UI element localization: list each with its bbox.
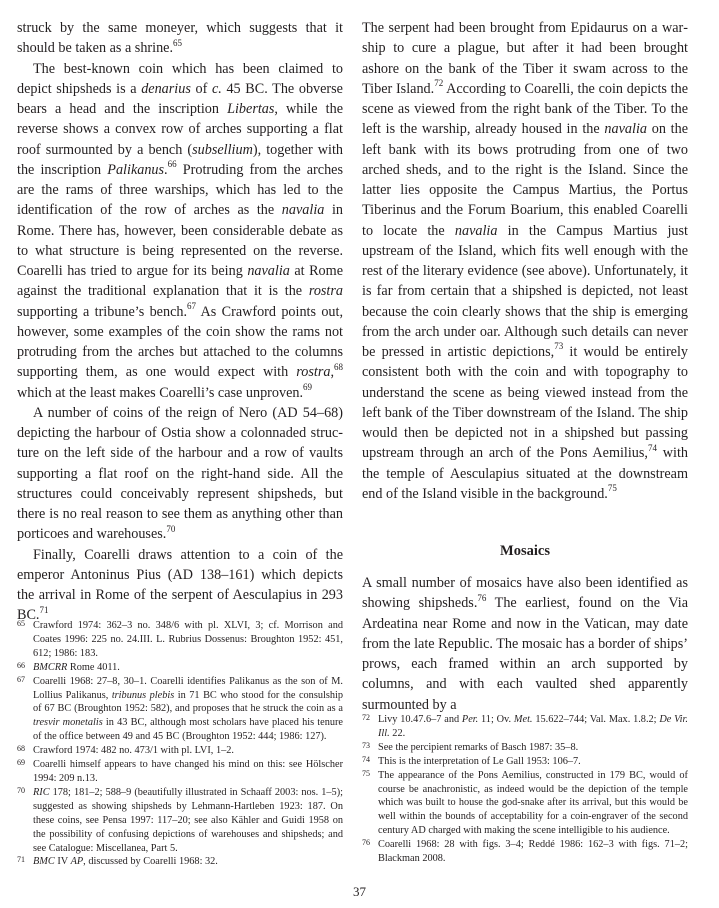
paragraph: Finally, Coarelli draws attention to a c… — [17, 545, 343, 626]
paragraph: struck by the same moneyer, which sugges… — [17, 18, 343, 59]
italic-text: Met. — [514, 714, 533, 725]
footnote-ref[interactable]: 69 — [303, 382, 312, 392]
right-column: The serpent had been brought from Epidau… — [362, 18, 688, 504]
footnote: 71BMC IV AP, discussed by Coarelli 1968:… — [17, 855, 343, 869]
italic-text: subsellium — [192, 142, 253, 158]
italic-text: tribunus plebis — [112, 690, 174, 701]
footnote-number: 66 — [17, 659, 25, 673]
left-body-text: struck by the same moneyer, which sugges… — [17, 18, 343, 626]
right-footnotes: 72Livy 10.47.6–7 and Per. 11; Ov. Met. 1… — [362, 713, 688, 866]
footnote: 76Coarelli 1968: 28 with figs. 3–4; Redd… — [362, 838, 688, 866]
left-column: struck by the same moneyer, which sugges… — [17, 18, 343, 626]
italic-text: navalia — [604, 121, 647, 137]
footnote-ref[interactable]: 67 — [187, 301, 196, 311]
footnote-number: 74 — [362, 753, 370, 767]
footnote: 69Coarelli himself appears to have chang… — [17, 758, 343, 786]
italic-text: AP — [71, 856, 84, 867]
right-body-text: The serpent had been brought from Epidau… — [362, 18, 688, 504]
footnote-ref[interactable]: 65 — [173, 38, 182, 48]
footnote-number: 70 — [17, 784, 25, 798]
italic-text: navalia — [282, 202, 325, 218]
footnote-number: 68 — [17, 742, 25, 756]
italic-text: navalia — [455, 223, 498, 239]
footnote: 72Livy 10.47.6–7 and Per. 11; Ov. Met. 1… — [362, 713, 688, 741]
footnote-number: 73 — [362, 739, 370, 753]
footnote-ref[interactable]: 75 — [608, 483, 617, 493]
footnote: 70RIC 178; 181–2; 588–9 (beautifully ill… — [17, 786, 343, 856]
page-number: 37 — [0, 884, 719, 900]
mosaics-body-text: A small number of mosaics have also been… — [362, 573, 688, 715]
paragraph: A number of coins of the reign of Nero (… — [17, 403, 343, 545]
italic-text: tresvir monetalis — [33, 717, 103, 728]
paragraph: The best-known coin which has been claim… — [17, 59, 343, 403]
italic-text: BMCRR — [33, 662, 67, 673]
footnote-number: 75 — [362, 767, 370, 781]
footnote-number: 71 — [17, 853, 25, 867]
italic-text: rostra — [296, 364, 330, 380]
italic-text: Per. — [462, 714, 478, 725]
footnote-ref[interactable]: 73 — [554, 341, 563, 351]
left-footnotes: 65Crawford 1974: 362–3 no. 348/6 with pl… — [17, 619, 343, 869]
italic-text: c. — [212, 81, 222, 97]
footnote: 75The appearance of the Pons Aemilius, c… — [362, 769, 688, 839]
footnote-ref[interactable]: 74 — [648, 443, 657, 453]
italic-text: RIC — [33, 787, 50, 798]
paragraph: A small number of mosaics have also been… — [362, 573, 688, 715]
footnote-ref[interactable]: 70 — [166, 524, 175, 534]
italic-text: De Vir. Ill. — [378, 714, 688, 739]
footnote-ref[interactable]: 66 — [168, 159, 177, 169]
footnote-number: 65 — [17, 617, 25, 631]
footnote-ref[interactable]: 76 — [477, 593, 486, 603]
footnote-number: 69 — [17, 756, 25, 770]
italic-text: rostra — [309, 283, 343, 299]
footnote: 68Crawford 1974: 482 no. 473/1 with pl. … — [17, 744, 343, 758]
footnote: 65Crawford 1974: 362–3 no. 348/6 with pl… — [17, 619, 343, 661]
footnote-number: 67 — [17, 673, 25, 687]
footnote-ref[interactable]: 72 — [434, 78, 443, 88]
footnote-number: 72 — [362, 711, 370, 725]
mosaics-section: Mosaics A small number of mosaics have a… — [362, 541, 688, 715]
paragraph: The serpent had been brought from Epidau… — [362, 18, 688, 504]
section-heading: Mosaics — [362, 541, 688, 561]
italic-text: navalia — [247, 263, 290, 279]
footnote-ref[interactable]: 68 — [334, 362, 343, 372]
footnote-number: 76 — [362, 836, 370, 850]
italic-text: denarius — [141, 81, 191, 97]
italic-text: Libertas — [227, 101, 274, 117]
footnote: 67Coarelli 1968: 27–8, 30–1. Coarelli id… — [17, 675, 343, 745]
italic-text: BMC — [33, 856, 55, 867]
footnote: 74This is the interpretation of Le Gall … — [362, 755, 688, 769]
italic-text: Palikanus — [107, 162, 164, 178]
footnote: 73See the percipient remarks of Basch 19… — [362, 741, 688, 755]
footnote-ref[interactable]: 71 — [39, 605, 48, 615]
footnote: 66BMCRR Rome 4011. — [17, 661, 343, 675]
